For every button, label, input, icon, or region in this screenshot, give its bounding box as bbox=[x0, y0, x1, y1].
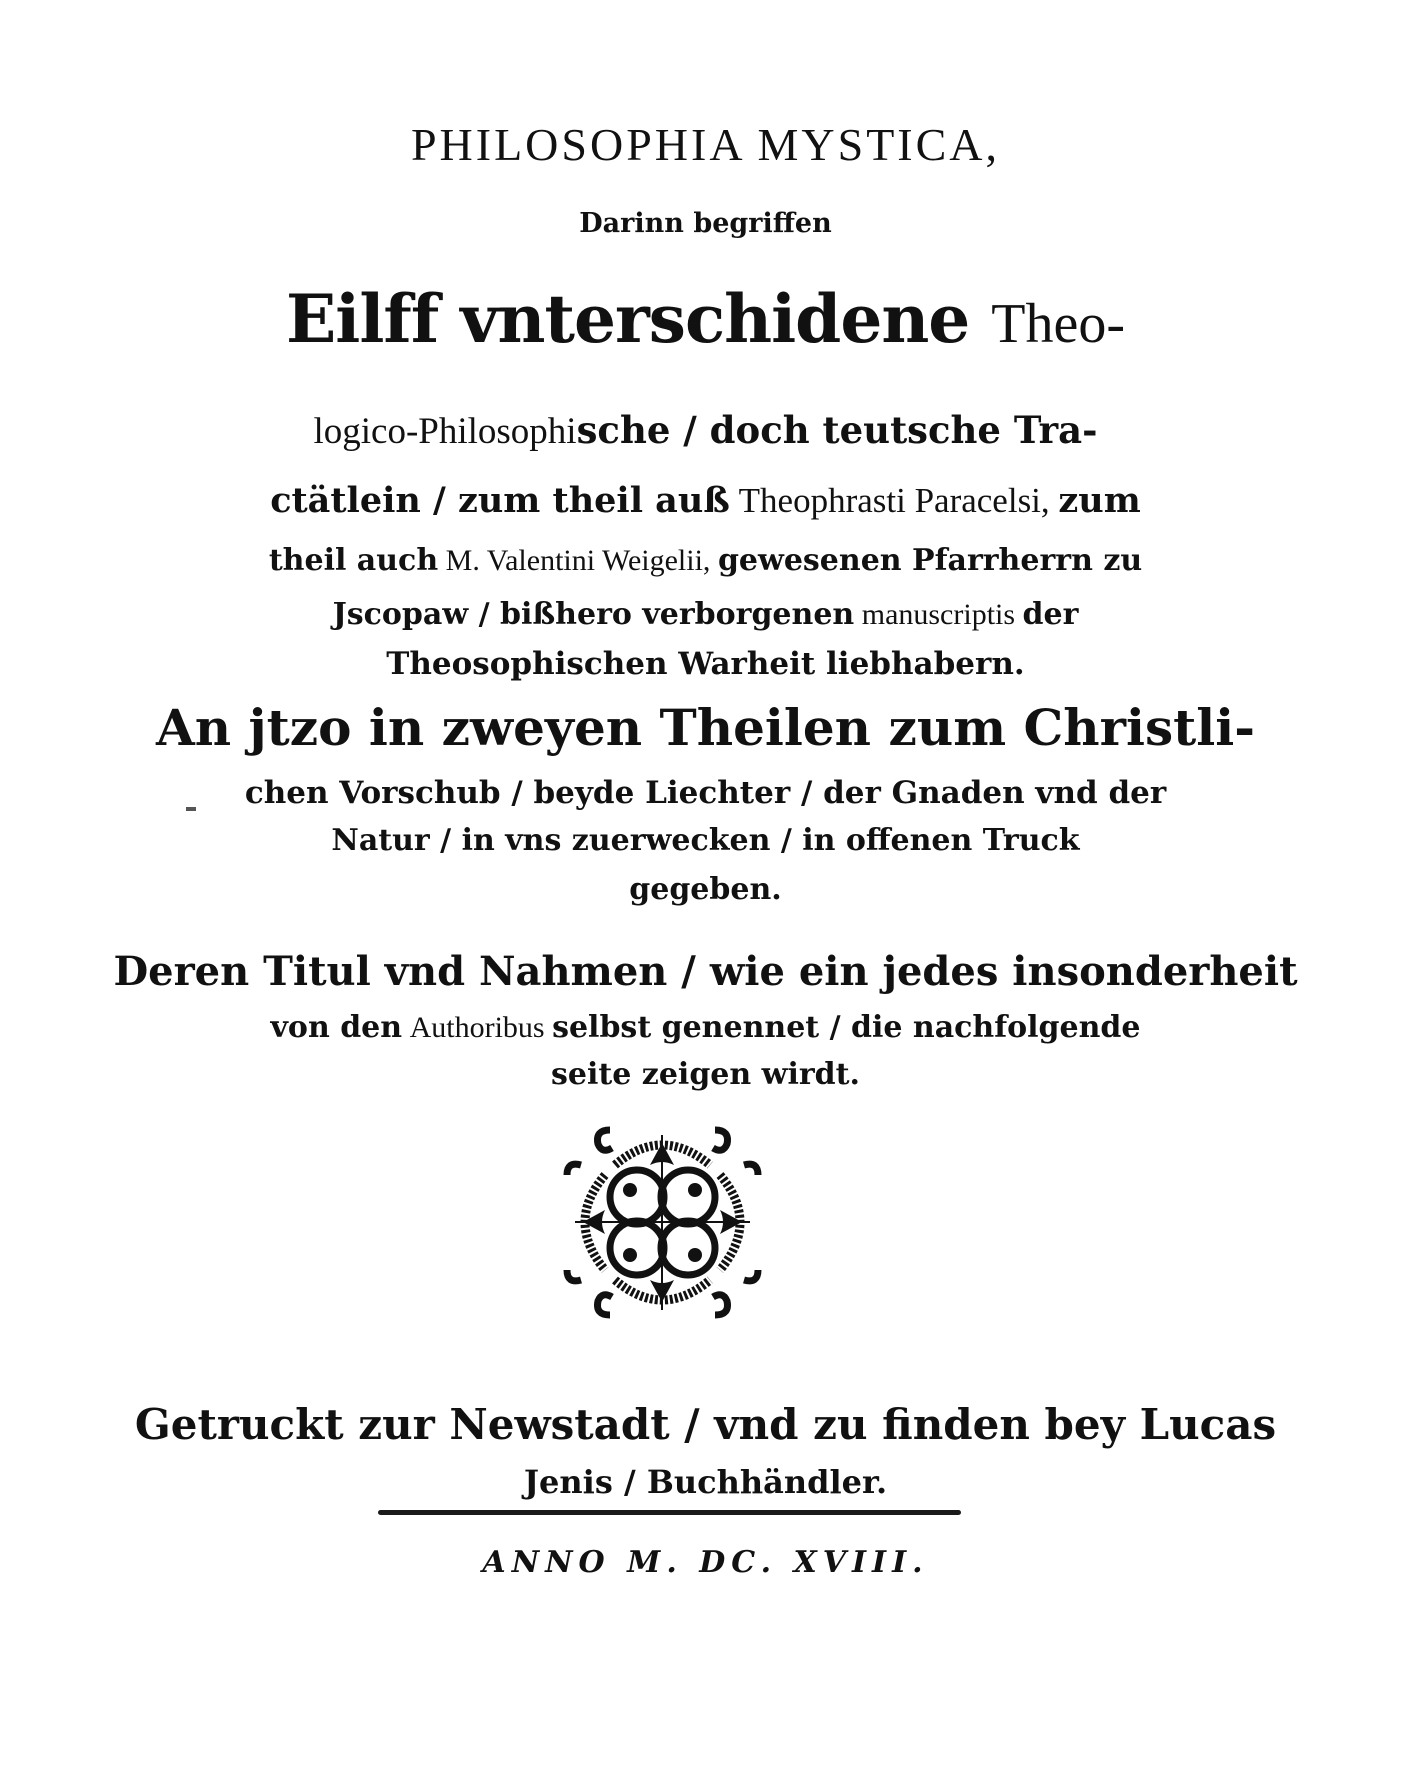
roman-text: logico-Philosophi bbox=[313, 411, 576, 452]
title-line-6: Theosophischen Warheit liebhabern. bbox=[0, 646, 1411, 682]
second-block-line-3: Natur / in vns zuerwecken / in offenen T… bbox=[0, 823, 1411, 858]
roman-text: Authoribus bbox=[410, 1011, 545, 1044]
third-block-line-2: von den Authoribus selbst genennet / die… bbox=[0, 1010, 1411, 1045]
third-block-line-1: Deren Titul vnd Nahmen / wie ein jedes i… bbox=[0, 948, 1411, 995]
author-weigel: M. Valentini Weigelii, bbox=[446, 544, 711, 577]
blackletter-text: zum bbox=[1058, 480, 1140, 521]
second-block-line-1: An jtzo in zweyen Theilen zum Christli- bbox=[0, 698, 1411, 757]
blackletter-text: von den bbox=[271, 1010, 403, 1045]
imprint-line-2: Jenis / Buchhändler. bbox=[0, 1463, 1411, 1501]
blackletter-text: gewesenen Pfarrherrn zu bbox=[718, 543, 1142, 578]
second-block-line-4: gegeben. bbox=[0, 872, 1411, 907]
title-line-3: ctätlein / zum theil auß Theophrasti Par… bbox=[0, 480, 1411, 521]
second-block-line-2: chen Vorschub / beyde Liechter / der Gna… bbox=[0, 775, 1411, 811]
title-line-4: theil auch M. Valentini Weigelii, gewese… bbox=[0, 543, 1411, 578]
blackletter-text: selbst genennet / die nachfolgende bbox=[552, 1010, 1140, 1045]
book-title: PHILOSOPHIA MYSTICA, bbox=[0, 118, 1411, 171]
blackletter-text: ctätlein / zum theil auß bbox=[270, 480, 730, 521]
horizontal-rule bbox=[378, 1510, 961, 1515]
author-paracelsus: Theophrasti Paracelsi, bbox=[739, 481, 1050, 520]
third-block-line-3: seite zeigen wirdt. bbox=[0, 1057, 1411, 1092]
headline-blackletter: Eilff vnterschidene bbox=[286, 280, 969, 358]
title-page: PHILOSOPHIA MYSTICA, Darinn begriffen Ei… bbox=[0, 0, 1411, 1772]
blackletter-text: Jscopaw / bißhero verborgenen bbox=[333, 597, 855, 632]
title-line-2: logico-Philosophische / doch teutsche Tr… bbox=[0, 408, 1411, 453]
publication-date: ANNO M. DC. XVIII. bbox=[0, 1545, 1411, 1580]
fleuron-ornament-icon bbox=[555, 1115, 770, 1330]
blackletter-text: sche / doch teutsche Tra- bbox=[577, 408, 1098, 452]
blackletter-text: der bbox=[1023, 597, 1079, 632]
title-line-5: Jscopaw / bißhero verborgenen manuscript… bbox=[0, 597, 1411, 632]
imprint-line-1: Getruckt zur Newstadt / vnd zu finden be… bbox=[0, 1400, 1411, 1449]
headline: Eilff vnterschidene Theo- bbox=[0, 280, 1411, 358]
subtitle: Darinn begriffen bbox=[0, 208, 1411, 239]
headline-roman: Theo- bbox=[991, 293, 1125, 355]
blackletter-text: theil auch bbox=[269, 543, 438, 578]
roman-text: manuscriptis bbox=[862, 598, 1015, 631]
